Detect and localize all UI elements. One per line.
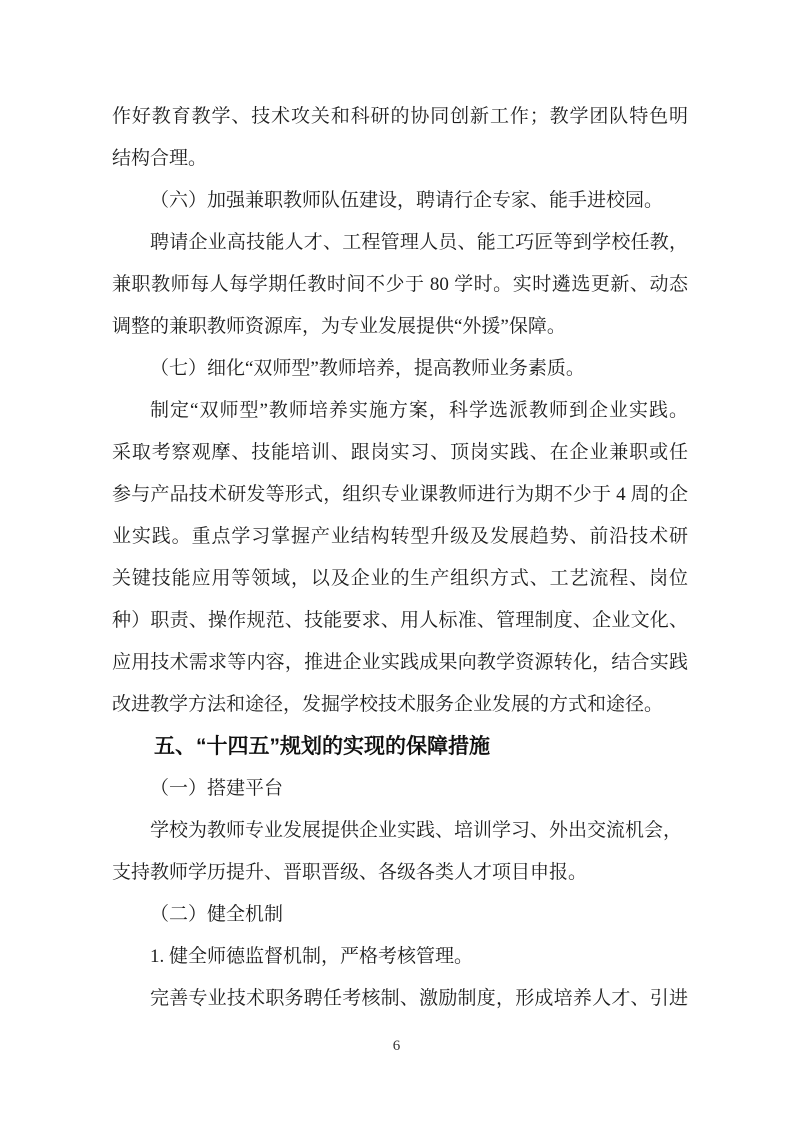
text-line: 调整的兼职教师资源库，为专业发展提供“外援”保障。 (112, 306, 688, 348)
document-body: 作好教育教学、技术攻关和科研的协同创新工作；教学团队特色明显、结构合理。（六）加… (112, 96, 688, 1020)
text-line: （七）细化“双师型”教师培养，提高教师业务素质。 (112, 348, 688, 390)
text-line: 支持教师学历提升、晋职晋级、各级各类人才项目申报。 (112, 852, 688, 894)
text-line: 作好教育教学、技术攻关和科研的协同创新工作；教学团队特色明显、 (112, 96, 688, 138)
text-line: 改进教学方法和途径，发掘学校技术服务企业发展的方式和途径。 (112, 684, 688, 726)
document-page: 作好教育教学、技术攻关和科研的协同创新工作；教学团队特色明显、结构合理。（六）加… (0, 0, 793, 1122)
text-line: 参与产品技术研发等形式，组织专业课教师进行为期不少于 4 周的企 (112, 474, 688, 516)
text-line: 采取考察观摩、技能培训、跟岗实习、顶岗实践、在企业兼职或任职、 (112, 432, 688, 474)
text-line: 关键技能应用等领域，以及企业的生产组织方式、工艺流程、岗位（工 (112, 558, 688, 600)
page-number: 6 (0, 1034, 793, 1058)
text-line: 种）职责、操作规范、技能要求、用人标准、管理制度、企业文化、 (112, 600, 688, 642)
section-heading: 五、“十四五”规划的实现的保障措施 (112, 726, 688, 768)
text-line: （一）搭建平台 (112, 768, 688, 810)
text-line: 业实践。重点学习掌握产业结构转型升级及发展趋势、前沿技术研发、 (112, 516, 688, 558)
text-line: 制定“双师型”教师培养实施方案，科学选派教师到企业实践。 (112, 390, 688, 432)
text-line: 学校为教师专业发展提供企业实践、培训学习、外出交流机会， (112, 810, 688, 852)
text-line: 完善专业技术职务聘任考核制、激励制度，形成培养人才、引进 (112, 978, 688, 1020)
text-line: 兼职教师每人每学期任教时间不少于 80 学时。实时遴选更新、动态 (112, 264, 688, 306)
text-line: 聘请企业高技能人才、工程管理人员、能工巧匠等到学校任教， (112, 222, 688, 264)
text-line: （六）加强兼职教师队伍建设，聘请行企专家、能手进校园。 (112, 180, 688, 222)
text-line: （二）健全机制 (112, 894, 688, 936)
text-line: 1. 健全师德监督机制，严格考核管理。 (112, 936, 688, 978)
text-line: 结构合理。 (112, 138, 688, 180)
text-line: 应用技术需求等内容，推进企业实践成果向教学资源转化，结合实践 (112, 642, 688, 684)
